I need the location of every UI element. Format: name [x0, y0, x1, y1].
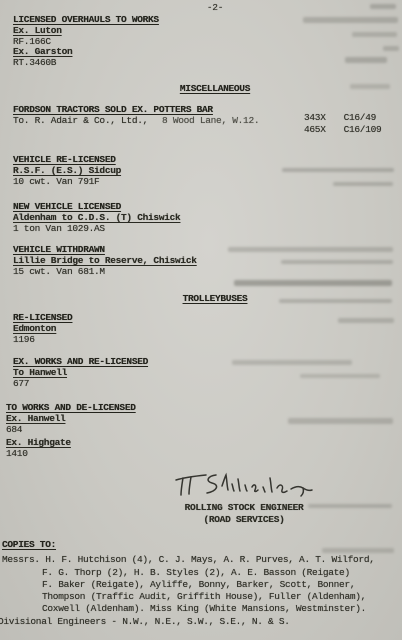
bleed-through-mark [303, 17, 398, 23]
signoff-title: ROLLING STOCK ENGINEER [178, 502, 310, 514]
copies-line: F. G. Thorp (2), H. B. Styles (2), A. E.… [42, 567, 375, 579]
section-to-works-delicensed: TO WORKS AND DE-LICENSED Ex. Hanwell 684… [6, 403, 136, 460]
copies-line: F. Baker (Reigate), Ayliffe, Bonny, Bark… [42, 579, 375, 591]
copies-list: Messrs. H. F. Hutchison (4), C. J. Mays,… [2, 554, 375, 628]
scanned-memo-page: -2- LICENSED OVERHAULS TO WORKS Ex. Luto… [0, 0, 402, 640]
section-relicensed: RE-LICENSED Edmonton 1196 [13, 313, 72, 345]
signature [170, 472, 318, 504]
section-licensed-overhauls: LICENSED OVERHAULS TO WORKS Ex. Luton RF… [13, 15, 159, 69]
section-copies-to: COPIES TO: Messrs. H. F. Hutchison (4), … [2, 539, 375, 628]
location: Edmonton [13, 324, 72, 335]
signoff-block: ROLLING STOCK ENGINEER (ROAD SERVICES) [178, 502, 310, 526]
section-vehicle-withdrawn: VEHICLE WITHDRAWN Lillie Bridge to Reser… [13, 245, 197, 277]
bleed-through-mark [228, 247, 393, 252]
fordson-code-list: 343XC16/49 465XC16/109 [304, 112, 381, 135]
consignee-line: To. R. Adair & Co., Ltd.,8 Wood Lane, W.… [13, 116, 259, 127]
bleed-through-mark [281, 260, 393, 264]
copies-line: Divisional Engineers - N.W., N.E., S.W.,… [0, 616, 375, 628]
bleed-through-mark [352, 32, 397, 37]
route: R.S.F. (E.S.) Sidcup [13, 166, 121, 177]
bleed-through-mark [232, 360, 352, 365]
route: Aldenham to C.D.S. (T) Chiswick [13, 213, 180, 224]
page-number: -2- [0, 2, 402, 13]
consignee-address: 8 Wood Lane, W.12. [162, 115, 259, 126]
reference-number: C16/109 [344, 124, 382, 136]
copies-heading: COPIES TO: [2, 539, 375, 551]
copies-line: Messrs. H. F. Hutchison (4), C. J. Mays,… [2, 554, 375, 566]
bleed-through-mark [234, 280, 392, 286]
signoff-subtitle: (ROAD SERVICES) [178, 514, 310, 526]
section-ex-works-relicensed: EX. WORKS AND RE-LICENSED To Hanwell 677 [13, 357, 148, 389]
fleet-number: 343X [304, 112, 326, 123]
section-new-vehicle-licensed: NEW VEHICLE LICENSED Aldenham to C.D.S. … [13, 202, 180, 234]
entry-value: 684 [6, 425, 136, 436]
fleet-number: 465X [304, 124, 326, 135]
copies-line: Thompson (Traffic Audit, Griffith House)… [42, 591, 375, 603]
entry-value: 1410 [6, 449, 136, 460]
bleed-through-mark [300, 374, 380, 378]
code-row: 465XC16/109 [304, 124, 381, 136]
bleed-through-mark [288, 418, 393, 424]
bleed-through-mark [282, 168, 394, 172]
trolleybuses-heading: TROLLEYBUSES [0, 293, 402, 304]
vehicle-detail: 1 ton Van 1029.AS [13, 224, 180, 235]
bleed-through-mark [338, 318, 394, 323]
entry-label: Ex. Hanwell [6, 414, 136, 425]
entry-value: RT.3460B [13, 58, 159, 69]
consignee: To. R. Adair & Co., Ltd., [13, 115, 148, 126]
miscellaneous-heading: MISCELLANEOUS [0, 83, 402, 94]
section-fordson-tractors: FORDSON TRACTORS SOLD EX. POTTERS BAR To… [13, 105, 259, 127]
bleed-through-mark [345, 57, 387, 63]
reference-number: C16/49 [344, 112, 376, 124]
route: Lillie Bridge to Reserve, Chiswick [13, 256, 197, 267]
code-row: 343XC16/49 [304, 112, 381, 124]
entry-label: Ex. Luton [13, 26, 159, 37]
section-vehicle-relicensed: VEHICLE RE-LICENSED R.S.F. (E.S.) Sidcup… [13, 155, 121, 187]
location: To Hanwell [13, 368, 148, 379]
fleet-number: 677 [13, 379, 148, 390]
copies-line: Coxwell (Aldenham). Miss King (White Man… [42, 603, 375, 615]
bleed-through-mark [333, 182, 393, 186]
vehicle-detail: 15 cwt. Van 681.M [13, 267, 197, 278]
vehicle-detail: 10 cwt. Van 791F [13, 177, 121, 188]
fleet-number: 1196 [13, 335, 72, 346]
bleed-through-mark [308, 504, 392, 508]
bleed-through-mark [383, 46, 399, 51]
